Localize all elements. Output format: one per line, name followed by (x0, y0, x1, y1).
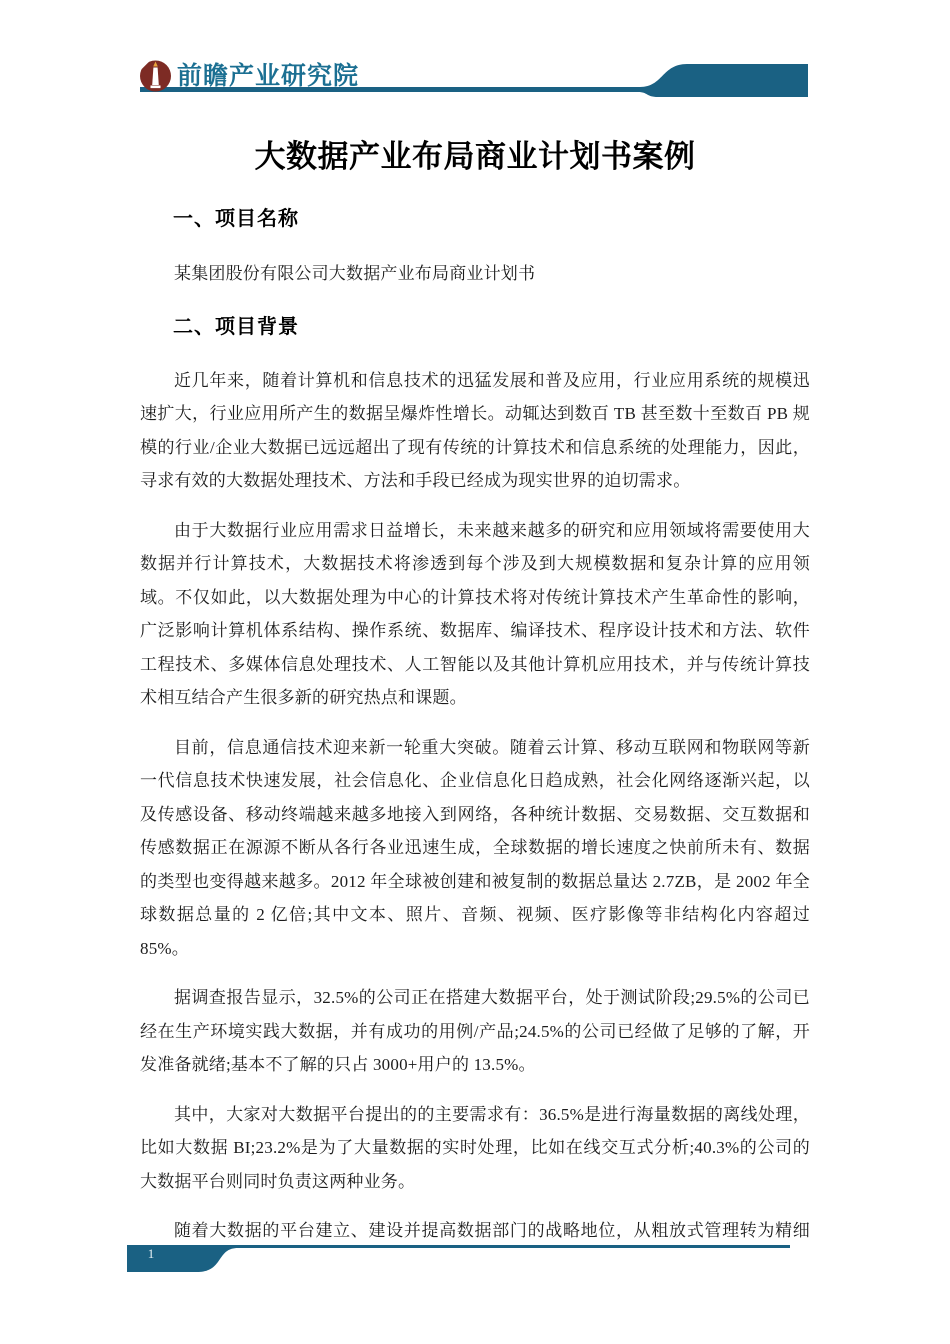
document-body: 大数据产业布局商业计划书案例 一、项目名称 某集团股份有限公司大数据产业布局商业… (0, 0, 950, 1281)
paragraph-background-6: 随着大数据的平台建立、建设并提高数据部门的战略地位，从粗放式管理转为精细化管 (140, 1214, 810, 1281)
page-number: 1 (127, 1246, 175, 1262)
paragraph-background-2: 由于大数据行业应用需求日益增长，未来越来越多的研究和应用领域将需要使用大数据并行… (140, 514, 810, 715)
section-heading-project-name: 一、项目名称 (140, 204, 810, 232)
section-heading-project-background: 二、项目背景 (140, 312, 810, 340)
document-title: 大数据产业布局商业计划书案例 (140, 136, 810, 178)
paragraph-background-4: 据调查报告显示，32.5%的公司正在搭建大数据平台，处于测试阶段;29.5%的公… (140, 981, 810, 1082)
paragraph-background-1: 近几年来，随着计算机和信息技术的迅猛发展和普及应用，行业应用系统的规模迅速扩大，… (140, 364, 810, 498)
paragraph-project-name: 某集团股份有限公司大数据产业布局商业计划书 (140, 257, 810, 291)
paragraph-background-5: 其中，大家对大数据平台提出的的主要需求有：36.5%是进行海量数据的离线处理，比… (140, 1098, 810, 1199)
page: 前瞻产业研究院 大数据产业布局商业计划书案例 一、项目名称 某集团股份有限公司大… (0, 0, 950, 1344)
paragraph-background-3: 目前，信息通信技术迎来新一轮重大突破。随着云计算、移动互联网和物联网等新一代信息… (140, 731, 810, 966)
